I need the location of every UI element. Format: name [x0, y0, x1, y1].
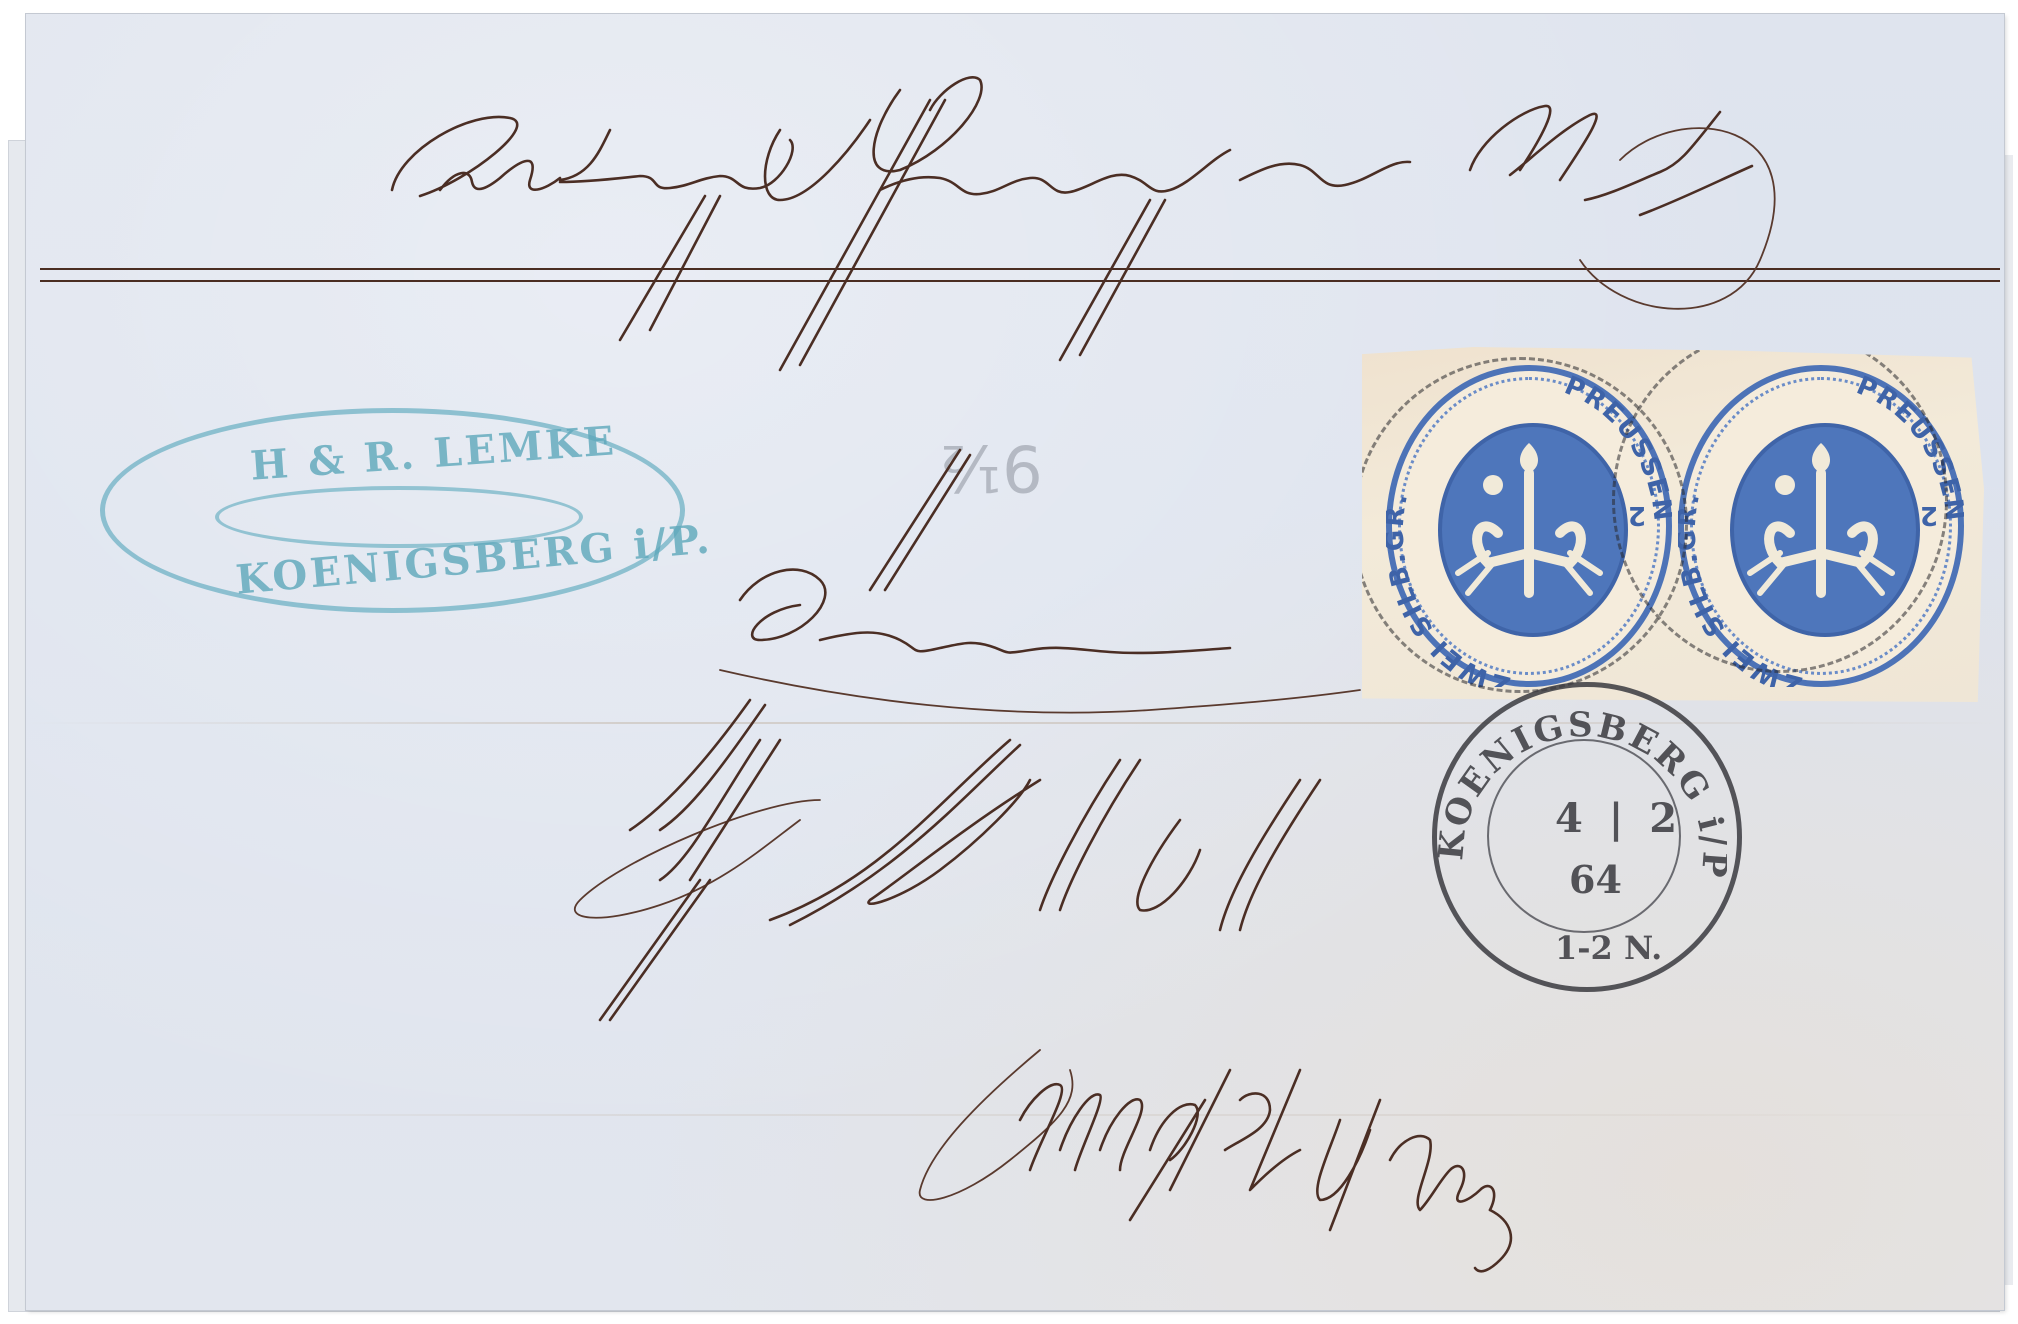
- handwritten-service-line: [392, 77, 1775, 370]
- postmark-year: 64: [1569, 857, 1622, 902]
- postmark-time: 1-2 N.: [1555, 929, 1662, 967]
- handwritten-addressee: [575, 700, 1320, 1020]
- stamp-cancellation: [1612, 327, 1948, 673]
- postmark-date: 4 | 2: [1555, 795, 1683, 842]
- postmark-town: KOENIGSBERG i/Pr.: [1437, 687, 1727, 882]
- destination-text: Amsterdam: [0, 0, 6, 1]
- handwritten-destination: [920, 1050, 1511, 1271]
- postmark: KOENIGSBERG i/Pr. 4 | 2 64 1-2 N.: [1432, 682, 1742, 992]
- handwritten-salutation: [720, 450, 1360, 713]
- svg-text:KOENIGSBERG i/Pr.: KOENIGSBERG i/Pr.: [1437, 687, 1727, 882]
- stamp-pair: PREUSSEN ZWEI SILB.GR. 2 PREUSSEN ZWEI S…: [1362, 347, 1984, 702]
